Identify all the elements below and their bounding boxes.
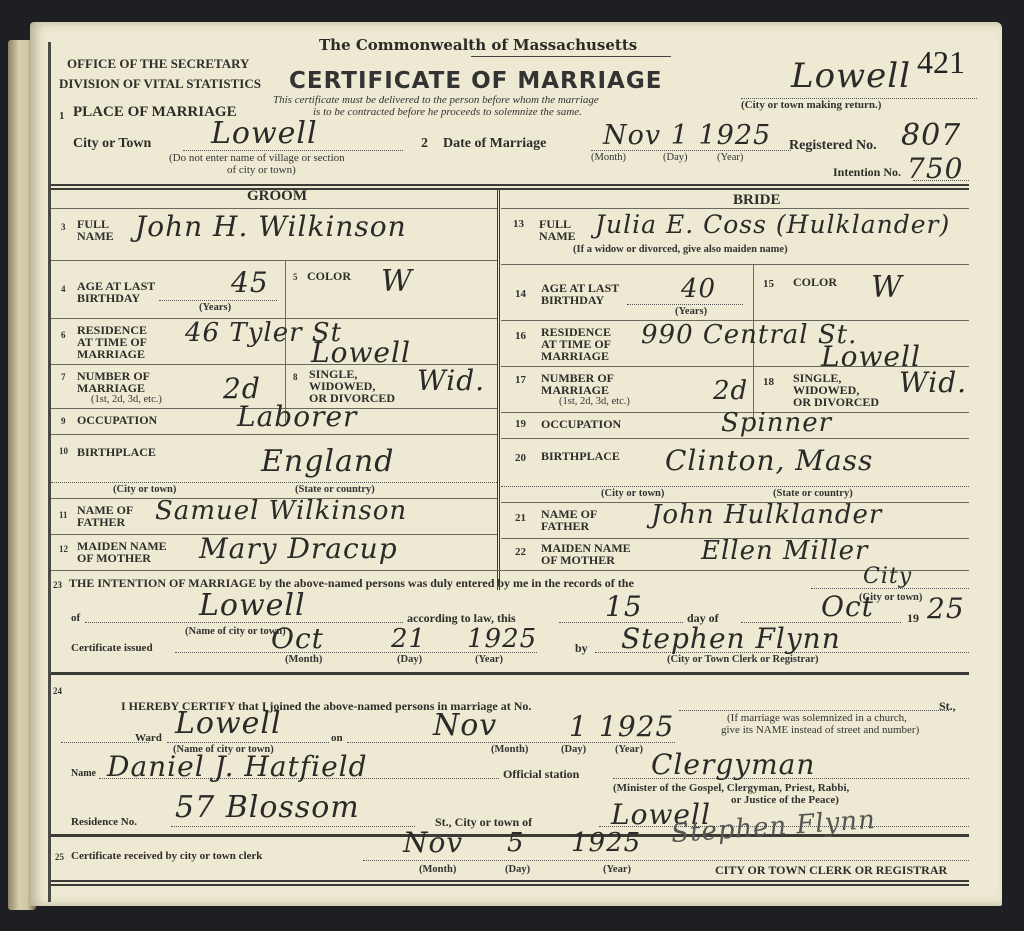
bride-mother-value: Ellen Miller bbox=[701, 536, 868, 566]
received-day-value: 5 bbox=[507, 828, 525, 858]
dotted-line bbox=[51, 482, 497, 483]
bride-full-name-label: NAME bbox=[539, 230, 576, 242]
groom-age-value: 45 bbox=[231, 266, 269, 299]
dotted-line bbox=[679, 710, 949, 711]
city-note-1: (Do not enter name of village or section bbox=[169, 152, 345, 164]
officiant-residence-value: 57 Blossom bbox=[175, 790, 360, 825]
bottom-rule bbox=[51, 880, 969, 886]
received-year-value: 1925 bbox=[571, 828, 641, 858]
day-label: (Day) bbox=[561, 744, 586, 755]
bride-color-label: COLOR bbox=[793, 276, 837, 288]
church-note-1: (If marriage was solemnized in a church, bbox=[727, 712, 907, 724]
intention-month-value: Oct bbox=[821, 590, 874, 623]
groom-mother-value: Mary Dracup bbox=[199, 532, 398, 565]
bride-age-value: 40 bbox=[681, 274, 716, 304]
groom-residence-label: MARRIAGE bbox=[77, 348, 145, 360]
instruction-line-1: This certificate must be delivered to th… bbox=[273, 94, 599, 106]
bride-occupation-label: OCCUPATION bbox=[541, 418, 621, 430]
city-making-return-value: Lowell bbox=[791, 56, 911, 96]
groom-status-value: Wid. bbox=[417, 364, 485, 397]
officiant-name-label: Name bbox=[71, 768, 96, 780]
city-or-town-hint: (City or town) bbox=[113, 484, 176, 495]
bride-father-value: John Hulklander bbox=[651, 500, 882, 530]
registrar-label: CITY OR TOWN CLERK OR REGISTRAR bbox=[715, 864, 947, 876]
field-number: 10 bbox=[59, 446, 68, 456]
groom-color-label: COLOR bbox=[307, 270, 351, 282]
issued-day-value: 21 bbox=[391, 624, 426, 654]
certify-year-value: 1925 bbox=[599, 710, 674, 743]
page-number: 421 bbox=[917, 44, 965, 81]
dotted-line bbox=[913, 180, 969, 181]
groom-full-name-value: John H. Wilkinson bbox=[135, 210, 407, 243]
groom-father-value: Samuel Wilkinson bbox=[155, 496, 407, 526]
year-label: (Year) bbox=[717, 152, 743, 163]
field-number: 5 bbox=[293, 272, 298, 282]
field-number: 22 bbox=[515, 546, 526, 558]
city-making-return-label: (City or town making return.) bbox=[741, 99, 881, 111]
groom-birthplace-label: BIRTHPLACE bbox=[77, 446, 156, 458]
day-label: (Day) bbox=[663, 152, 688, 163]
dotted-line bbox=[171, 826, 415, 827]
groom-birthplace-value: England bbox=[261, 444, 394, 479]
bride-birthplace-label: BIRTHPLACE bbox=[541, 450, 620, 462]
section-divider bbox=[51, 184, 969, 190]
field-number: 20 bbox=[515, 452, 526, 464]
registered-no-label: Registered No. bbox=[789, 140, 877, 152]
bride-father-label: FATHER bbox=[541, 520, 589, 532]
office-line-1: OFFICE OF THE SECRETARY bbox=[67, 58, 249, 70]
clerk-hint: (City or Town Clerk or Registrar) bbox=[667, 654, 819, 665]
issued-month-value: Oct bbox=[271, 622, 324, 655]
groom-occupation-label: OCCUPATION bbox=[77, 414, 157, 426]
field-number: 25 bbox=[55, 852, 64, 862]
field-number: 21 bbox=[515, 512, 526, 524]
groom-full-name-label: NAME bbox=[77, 230, 114, 242]
bride-status-label: OR DIVORCED bbox=[793, 396, 879, 408]
commonwealth-heading: The Commonwealth of Massachusetts bbox=[319, 36, 637, 54]
certificate-title: CERTIFICATE OF MARRIAGE bbox=[289, 68, 662, 94]
by-label: by bbox=[575, 642, 588, 654]
certificate-page: The Commonwealth of Massachusetts 421 OF… bbox=[30, 22, 1002, 906]
received-month-value: Nov bbox=[403, 826, 463, 859]
place-city-value: Lowell bbox=[211, 116, 318, 151]
field-number: 11 bbox=[59, 510, 68, 520]
dotted-line bbox=[501, 486, 969, 487]
certify-month-value: Nov bbox=[433, 708, 497, 743]
section-divider bbox=[51, 672, 969, 675]
field-number: 7 bbox=[61, 372, 66, 382]
city-or-town-hint: (City or town) bbox=[601, 488, 664, 499]
bride-birthplace-value: Clinton, Mass bbox=[665, 444, 873, 477]
groom-color-value: W bbox=[381, 264, 413, 299]
certificate-issued-label: Certificate issued bbox=[71, 642, 153, 654]
state-or-country-hint: (State or country) bbox=[773, 488, 853, 499]
state-or-country-hint: (State or country) bbox=[295, 484, 375, 495]
bride-occupation-value: Spinner bbox=[721, 408, 832, 438]
instruction-line-2: is to be contracted before he proceeds t… bbox=[313, 106, 582, 118]
years-label: (Years) bbox=[675, 306, 707, 317]
year-label: (Year) bbox=[475, 654, 503, 665]
day-label: (Day) bbox=[505, 864, 530, 875]
church-note-2: give its NAME instead of street and numb… bbox=[721, 724, 919, 736]
bride-residence-label: MARRIAGE bbox=[541, 350, 609, 362]
field-number: 14 bbox=[515, 288, 526, 300]
registered-no-value: 807 bbox=[901, 118, 961, 153]
dotted-line bbox=[167, 742, 329, 743]
dotted-line bbox=[627, 304, 743, 305]
field-number: 3 bbox=[61, 222, 66, 232]
intention-year-value: 25 bbox=[927, 592, 965, 625]
field-number: 19 bbox=[515, 418, 526, 430]
officiant-residence-label: Residence No. bbox=[71, 816, 137, 828]
groom-father-label: FATHER bbox=[77, 516, 125, 528]
bride-marriage-number-label: MARRIAGE bbox=[541, 384, 609, 396]
officiant-name-value: Daniel J. Hatfield bbox=[107, 750, 368, 783]
intention-no-label: Intention No. bbox=[833, 166, 901, 178]
station-note-1: (Minister of the Gospel, Clergyman, Prie… bbox=[613, 782, 849, 794]
bride-heading: BRIDE bbox=[733, 194, 781, 206]
certificate-received-label: Certificate received by city or town cle… bbox=[71, 850, 262, 862]
field-number: 17 bbox=[515, 374, 526, 386]
row-rule bbox=[51, 260, 497, 261]
field-number: 4 bbox=[61, 284, 66, 294]
field-number: 13 bbox=[513, 218, 524, 230]
groom-occupation-value: Laborer bbox=[237, 400, 357, 433]
according-to-law-label: according to law, this bbox=[407, 612, 516, 624]
ward-label: Ward bbox=[135, 732, 162, 744]
field-number: 9 bbox=[61, 416, 66, 426]
field-number: 12 bbox=[59, 544, 68, 554]
groom-heading: GROOM bbox=[247, 190, 307, 202]
field-number: 6 bbox=[61, 330, 66, 340]
month-label: (Month) bbox=[491, 744, 528, 755]
groom-mother-label: OF MOTHER bbox=[77, 552, 151, 564]
field-number: 15 bbox=[763, 278, 774, 290]
date-of-marriage-label: Date of Marriage bbox=[443, 138, 546, 150]
row-rule bbox=[501, 438, 969, 439]
marriage-date-value: Nov 1 1925 bbox=[603, 120, 771, 151]
station-note-2: or Justice of the Peace) bbox=[731, 794, 839, 806]
official-station-label: Official station bbox=[503, 768, 579, 780]
ward-city-value: Lowell bbox=[175, 706, 282, 741]
day-label: (Day) bbox=[397, 654, 422, 665]
handwritten-city: Lowell bbox=[791, 56, 911, 96]
month-label: (Month) bbox=[285, 654, 322, 665]
certify-day-value: 1 bbox=[569, 710, 588, 743]
certificate-form: The Commonwealth of Massachusetts 421 OF… bbox=[48, 42, 969, 902]
records-of-value: City bbox=[863, 564, 912, 589]
month-label: (Month) bbox=[419, 864, 456, 875]
field-number: 8 bbox=[293, 372, 298, 382]
field-number: 18 bbox=[763, 376, 774, 388]
intention-statement: THE INTENTION OF MARRIAGE by the above-n… bbox=[69, 577, 634, 589]
bride-marriage-number-value: 2d bbox=[713, 376, 748, 406]
field-number: 23 bbox=[53, 580, 62, 590]
field-number: 16 bbox=[515, 330, 526, 342]
heading-rule bbox=[471, 56, 671, 57]
field-number: 24 bbox=[53, 686, 62, 696]
field-number: 1 bbox=[59, 110, 65, 122]
bride-mother-label: OF MOTHER bbox=[541, 554, 615, 566]
row-rule bbox=[51, 434, 497, 435]
groom-bride-divider bbox=[497, 190, 500, 590]
row-rule bbox=[501, 208, 969, 209]
dotted-line bbox=[363, 860, 969, 861]
years-label: (Years) bbox=[199, 302, 231, 313]
year-label: (Year) bbox=[603, 864, 631, 875]
dotted-line bbox=[159, 300, 277, 301]
intention-day-value: 15 bbox=[605, 590, 643, 623]
bride-status-value: Wid. bbox=[899, 366, 967, 399]
groom-age-label: BIRTHDAY bbox=[77, 292, 140, 304]
city-or-town-label: City or Town bbox=[73, 138, 151, 150]
of-label: of bbox=[71, 612, 80, 624]
bride-color-value: W bbox=[871, 270, 903, 305]
bride-full-name-value: Julia E. Coss (Hulklander) bbox=[595, 210, 950, 239]
row-rule bbox=[501, 264, 969, 265]
office-line-2: DIVISION OF VITAL STATISTICS bbox=[59, 78, 261, 90]
official-station-value: Clergyman bbox=[651, 748, 815, 781]
bride-age-label: BIRTHDAY bbox=[541, 294, 604, 306]
row-rule bbox=[51, 208, 497, 209]
groom-marriage-number-label: MARRIAGE bbox=[77, 382, 145, 394]
field-number: 2 bbox=[421, 138, 428, 150]
st-label: St., bbox=[939, 700, 956, 712]
issued-year-value: 1925 bbox=[467, 624, 537, 654]
ordinal-hint: (1st, 2d, 3d, etc.) bbox=[91, 394, 162, 405]
maiden-name-hint: (If a widow or divorced, give also maide… bbox=[573, 244, 788, 255]
row-rule bbox=[51, 570, 969, 571]
year-prefix: 19 bbox=[907, 612, 919, 624]
city-note-2: of city or town) bbox=[227, 164, 296, 176]
ordinal-hint: (1st, 2d, 3d, etc.) bbox=[559, 396, 630, 407]
issuing-clerk-signature: Stephen Flynn bbox=[621, 622, 841, 655]
month-label: (Month) bbox=[591, 152, 626, 163]
on-label: on bbox=[331, 732, 343, 744]
year-label: (Year) bbox=[615, 744, 643, 755]
intention-city-value: Lowell bbox=[199, 588, 306, 623]
